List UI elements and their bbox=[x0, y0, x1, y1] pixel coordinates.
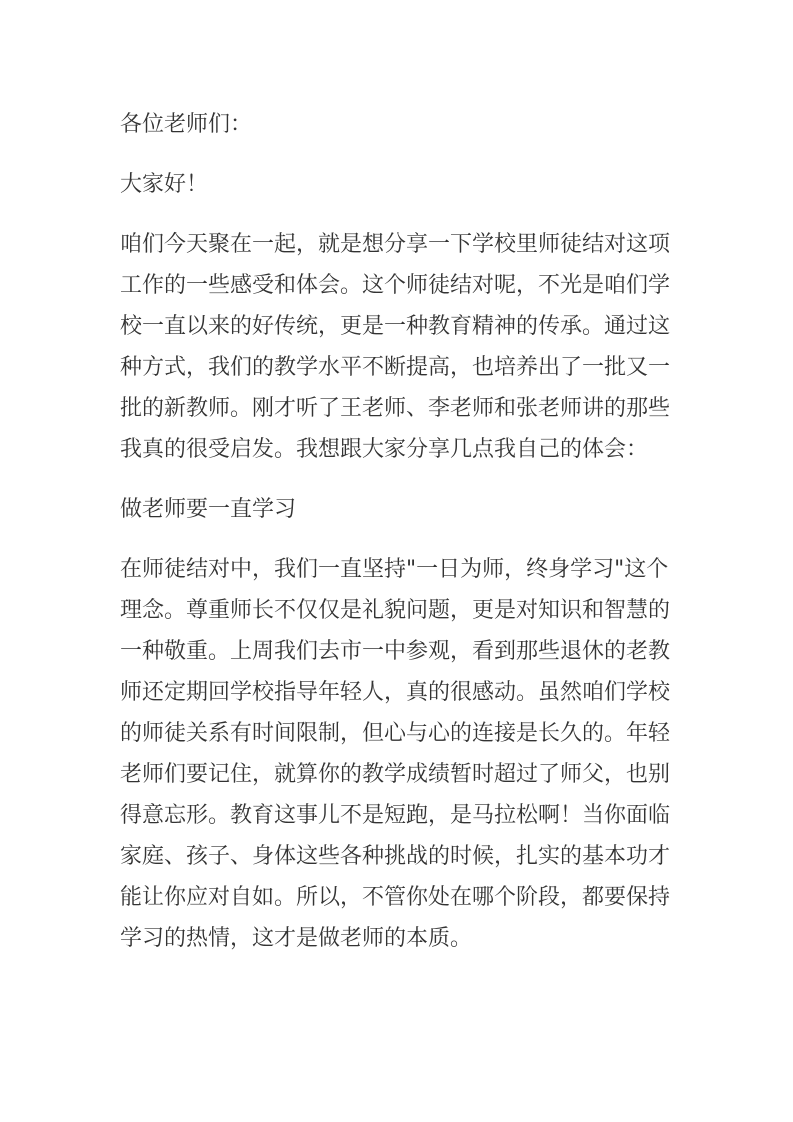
intro-paragraph: 咱们今天聚在一起，就是想分享一下学校里师徒结对这项工作的一些感受和体会。这个师徒… bbox=[120, 224, 673, 470]
document-body: 各位老师们： 大家好！ 咱们今天聚在一起，就是想分享一下学校里师徒结对这项工作的… bbox=[0, 0, 793, 1122]
greeting-line: 大家好！ bbox=[120, 164, 673, 205]
document-page: { "page": { "background": "#ffffff", "te… bbox=[0, 0, 793, 1122]
section-heading: 做老师要一直学习 bbox=[120, 489, 673, 530]
salutation-line: 各位老师们： bbox=[120, 104, 673, 145]
body-paragraph: 在师徒结对中，我们一直坚持"一日为师，终身学习"这个理念。尊重师长不仅仅是礼貌问… bbox=[120, 549, 673, 959]
